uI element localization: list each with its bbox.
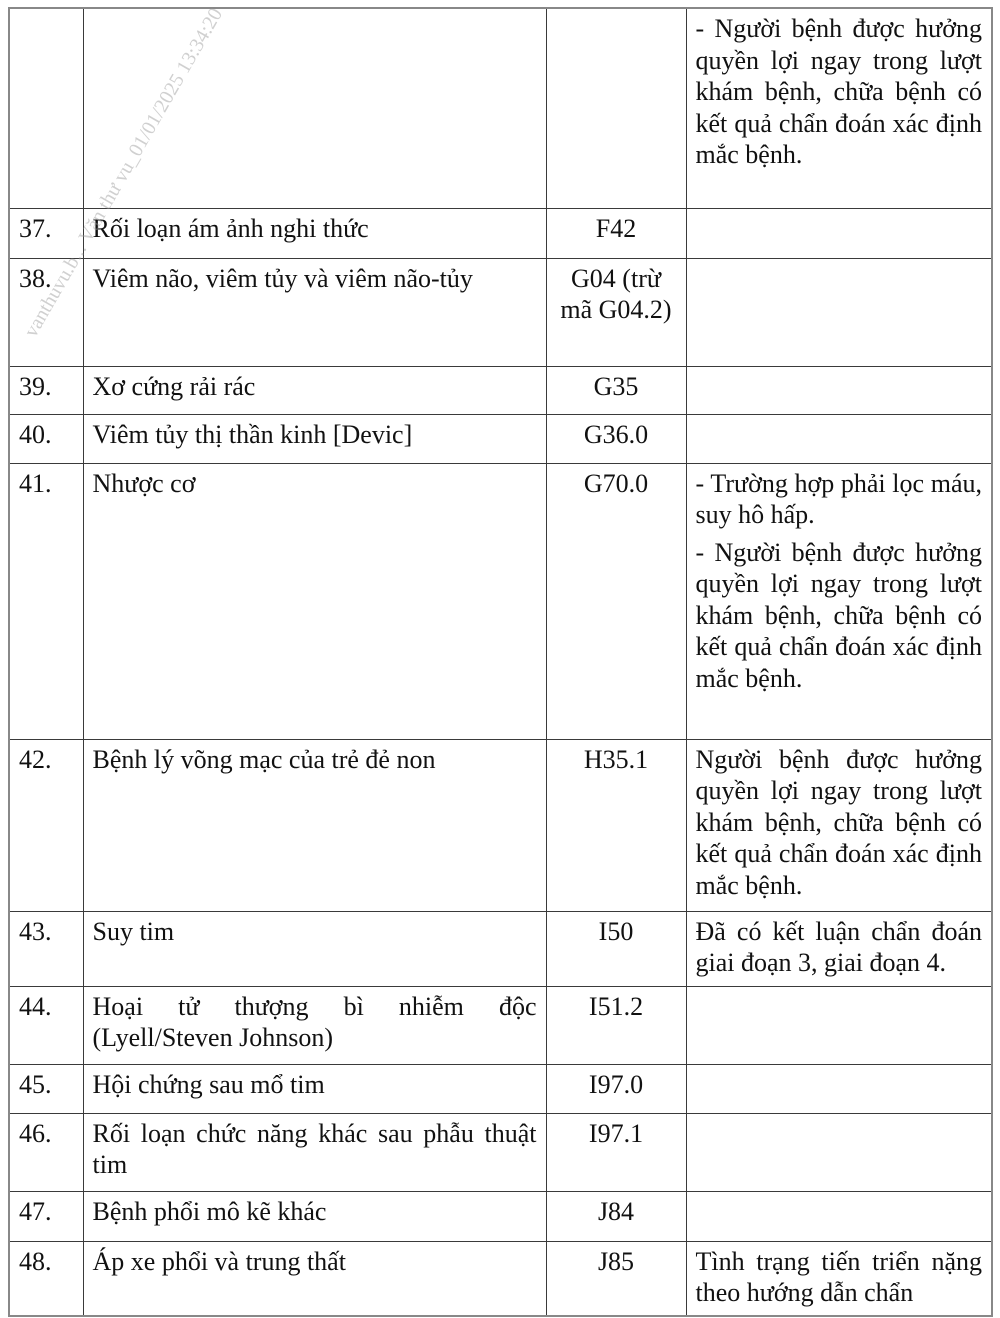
disease-table: - Người bệnh được hưởng quyền lợi ngay t… xyxy=(8,7,993,1317)
table-row: 41.Nhược cơG70.0- Trường hợp phải lọc má… xyxy=(9,463,992,739)
icd-code: G70.0 xyxy=(546,463,686,739)
disease-name: Xơ cứng rải rác xyxy=(83,366,546,414)
condition-note: - Người bệnh được hưởng quyền lợi ngay t… xyxy=(696,537,983,695)
table-row: 42.Bệnh lý võng mạc của trẻ đẻ nonH35.1N… xyxy=(9,739,992,911)
icd-code: I50 xyxy=(546,911,686,986)
row-number: 46. xyxy=(9,1113,83,1191)
table-row: 44.Hoại tử thượng bì nhiễm độc (Lyell/St… xyxy=(9,986,992,1064)
disease-name: Rối loạn ám ảnh nghi thức xyxy=(83,208,546,258)
condition-note: Đã có kết luận chẩn đoán giai đoạn 3, gi… xyxy=(696,916,983,979)
row-number: 40. xyxy=(9,414,83,463)
condition-notes: - Người bệnh được hưởng quyền lợi ngay t… xyxy=(686,8,992,208)
condition-notes xyxy=(686,986,992,1064)
condition-note: Người bệnh được hưởng quyền lợi ngay tro… xyxy=(696,744,983,902)
row-number: 38. xyxy=(9,258,83,366)
icd-code: J84 xyxy=(546,1191,686,1241)
disease-table-body: - Người bệnh được hưởng quyền lợi ngay t… xyxy=(9,8,992,1316)
table-row: 43.Suy timI50Đã có kết luận chẩn đoán gi… xyxy=(9,911,992,986)
row-number: 39. xyxy=(9,366,83,414)
disease-name: Bệnh lý võng mạc của trẻ đẻ non xyxy=(83,739,546,911)
condition-notes: Tình trạng tiến triển nặng theo hướng dẫ… xyxy=(686,1241,992,1316)
table-row: - Người bệnh được hưởng quyền lợi ngay t… xyxy=(9,8,992,208)
condition-notes xyxy=(686,414,992,463)
table-row: 47.Bệnh phổi mô kẽ khácJ84 xyxy=(9,1191,992,1241)
condition-notes xyxy=(686,366,992,414)
table-row: 37.Rối loạn ám ảnh nghi thứcF42 xyxy=(9,208,992,258)
disease-name: Áp xe phổi và trung thất xyxy=(83,1241,546,1316)
condition-notes xyxy=(686,1064,992,1113)
disease-name xyxy=(83,8,546,208)
condition-notes: Người bệnh được hưởng quyền lợi ngay tro… xyxy=(686,739,992,911)
row-number: 43. xyxy=(9,911,83,986)
icd-code: J85 xyxy=(546,1241,686,1316)
condition-notes xyxy=(686,1113,992,1191)
disease-name: Bệnh phổi mô kẽ khác xyxy=(83,1191,546,1241)
disease-name: Hoại tử thượng bì nhiễm độc (Lyell/Steve… xyxy=(83,986,546,1064)
table-row: 48.Áp xe phổi và trung thấtJ85Tình trạng… xyxy=(9,1241,992,1316)
icd-code: I97.0 xyxy=(546,1064,686,1113)
icd-code: G35 xyxy=(546,366,686,414)
icd-code: I51.2 xyxy=(546,986,686,1064)
condition-note: Tình trạng tiến triển nặng theo hướng dẫ… xyxy=(696,1246,983,1309)
disease-name: Hội chứng sau mổ tim xyxy=(83,1064,546,1113)
condition-notes: Đã có kết luận chẩn đoán giai đoạn 3, gi… xyxy=(686,911,992,986)
table-row: 45.Hội chứng sau mổ timI97.0 xyxy=(9,1064,992,1113)
icd-code xyxy=(546,8,686,208)
icd-code: F42 xyxy=(546,208,686,258)
disease-name: Viêm tủy thị thần kinh [Devic] xyxy=(83,414,546,463)
icd-code: G04 (trừ mã G04.2) xyxy=(546,258,686,366)
table-row: 38.Viêm não, viêm tủy và viêm não-tủyG04… xyxy=(9,258,992,366)
row-number: 47. xyxy=(9,1191,83,1241)
row-number: 41. xyxy=(9,463,83,739)
disease-name: Rối loạn chức năng khác sau phẫu thuật t… xyxy=(83,1113,546,1191)
row-number: 44. xyxy=(9,986,83,1064)
icd-code: I97.1 xyxy=(546,1113,686,1191)
condition-notes xyxy=(686,208,992,258)
disease-name: Nhược cơ xyxy=(83,463,546,739)
condition-notes: - Trường hợp phải lọc máu, suy hô hấp.- … xyxy=(686,463,992,739)
row-number: 48. xyxy=(9,1241,83,1316)
row-number: 37. xyxy=(9,208,83,258)
icd-code: G36.0 xyxy=(546,414,686,463)
icd-code: H35.1 xyxy=(546,739,686,911)
condition-note: - Trường hợp phải lọc máu, suy hô hấp. xyxy=(696,468,983,531)
table-row: 46.Rối loạn chức năng khác sau phẫu thuậ… xyxy=(9,1113,992,1191)
condition-note: - Người bệnh được hưởng quyền lợi ngay t… xyxy=(696,13,983,171)
condition-notes xyxy=(686,258,992,366)
row-number xyxy=(9,8,83,208)
disease-name: Suy tim xyxy=(83,911,546,986)
condition-notes xyxy=(686,1191,992,1241)
row-number: 45. xyxy=(9,1064,83,1113)
row-number: 42. xyxy=(9,739,83,911)
table-row: 40.Viêm tủy thị thần kinh [Devic]G36.0 xyxy=(9,414,992,463)
disease-name: Viêm não, viêm tủy và viêm não-tủy xyxy=(83,258,546,366)
table-row: 39.Xơ cứng rải rácG35 xyxy=(9,366,992,414)
